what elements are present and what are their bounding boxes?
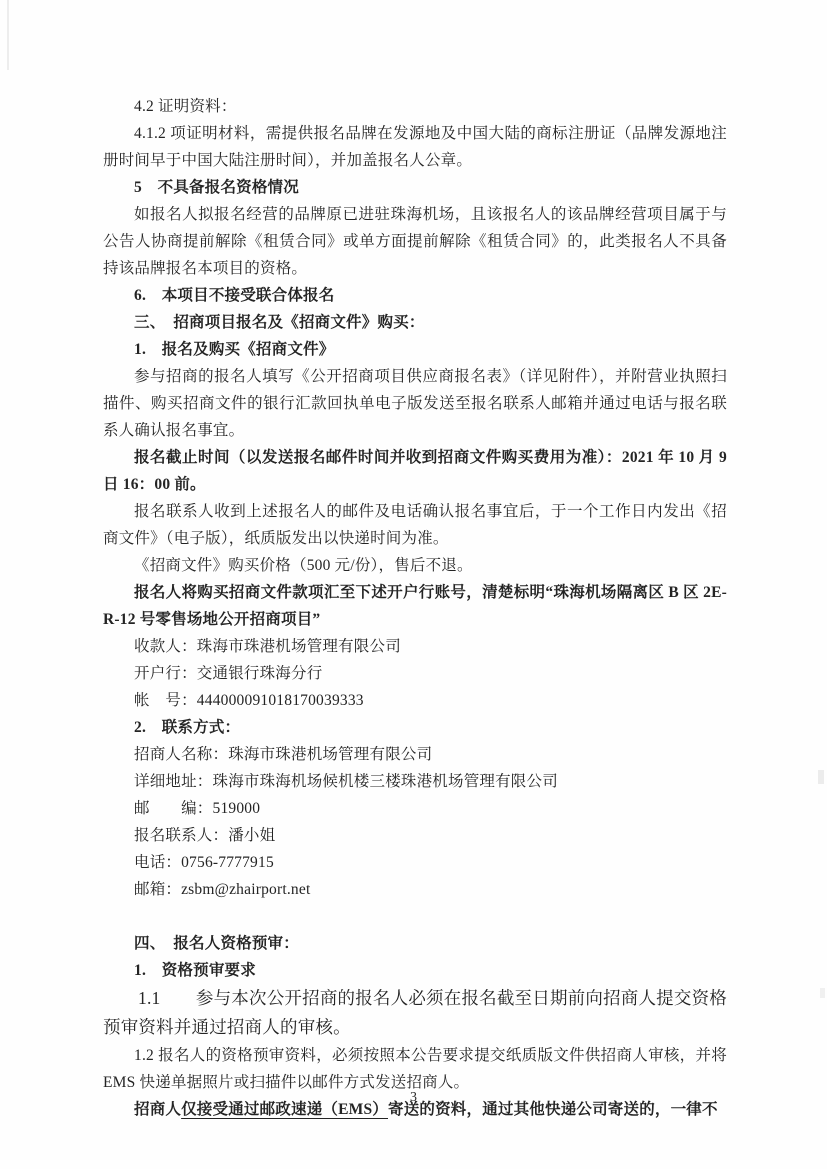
paragraph: 报名截止时间（以发送报名邮件时间并收到招商文件购买费用为准）：2021 年 10… [103, 444, 727, 498]
text-run: 4.2 证明资料： [134, 98, 237, 115]
paragraph: 1. 报名及购买《招商文件》 [103, 336, 727, 363]
paragraph: 1.2 报名人的资格预审资料，必须按照本公告要求提交纸质版文件供招商人审核，并将… [103, 1042, 727, 1096]
paragraph: 《招商文件》购买价格（500 元/份），售后不退。 [103, 552, 727, 579]
scan-artifact [7, 0, 9, 70]
text-run: 报名人将购买招商文件款项汇至下述开户行账号，清楚标明“珠海机场隔离区 B 区 2… [103, 584, 727, 628]
text-run: 报名联系人：潘小姐 [134, 827, 275, 844]
page-number: 3 [0, 1090, 827, 1106]
paragraph: 报名联系人收到上述报名人的邮件及电话确认报名事宜后，于一个工作日内发出《招商文件… [103, 498, 727, 552]
paragraph: 2. 联系方式： [103, 714, 727, 741]
paragraph: 1. 资格预审要求 [103, 957, 727, 984]
paragraph: 1.1 参与本次公开招商的报名人必须在报名截至日期前向招商人提交资格预审资料并通… [103, 984, 727, 1042]
text-run: 帐 号：444000091018170039333 [134, 692, 364, 709]
text-run: 参与招商的报名人填写《公开招商项目供应商报名表》（详见附件），并附营业执照扫描件… [103, 368, 727, 439]
paragraph: 四、 报名人资格预审： [103, 930, 727, 957]
paragraph: 4.2 证明资料： [103, 93, 727, 120]
text-run: 1.1 参与本次公开招商的报名人必须在报名截至日期前向招商人提交资格预审资料并通… [103, 988, 727, 1037]
text-run: 6. 本项目不接受联合体报名 [134, 287, 334, 304]
text-run: 三、 招商项目报名及《招商文件》购买： [134, 314, 425, 331]
text-run: 邮箱：zsbm@zhairport.net [134, 881, 310, 898]
paragraph: 如报名人拟报名经营的品牌原已进驻珠海机场，且该报名人的该品牌经营项目属于与公告人… [103, 201, 727, 282]
text-run: 详细地址：珠海市珠海机场候机楼三楼珠港机场管理有限公司 [134, 773, 558, 790]
paragraph: 参与招商的报名人填写《公开招商项目供应商报名表》（详见附件），并附营业执照扫描件… [103, 363, 727, 444]
paragraph: 5 不具备报名资格情况 [103, 174, 727, 201]
text-run: 4.1.2 项证明材料，需提供报名品牌在发源地及中国大陆的商标注册证（品牌发源地… [103, 125, 727, 169]
scan-artifact [818, 770, 824, 784]
paragraph: 报名人将购买招商文件款项汇至下述开户行账号，清楚标明“珠海机场隔离区 B 区 2… [103, 579, 727, 633]
text-run: 5 不具备报名资格情况 [134, 179, 299, 196]
document-body: 4.2 证明资料：4.1.2 项证明材料，需提供报名品牌在发源地及中国大陆的商标… [103, 93, 727, 1123]
text-run: 招商人名称：珠海市珠港机场管理有限公司 [134, 746, 432, 763]
text-run: 1.2 报名人的资格预审资料，必须按照本公告要求提交纸质版文件供招商人审核，并将… [103, 1047, 727, 1091]
text-run: 开户行：交通银行珠海分行 [134, 665, 322, 682]
text-run: 1. 资格预审要求 [134, 962, 256, 979]
text-run: 四、 报名人资格预审： [134, 935, 299, 952]
text-run: 《招商文件》购买价格（500 元/份），售后不退。 [134, 557, 473, 574]
text-run: 邮 编：519000 [134, 800, 260, 817]
text-run: 2. 联系方式： [134, 719, 240, 736]
text-run: 报名截止时间（以发送报名邮件时间并收到招商文件购买费用为准）：2021 年 10… [103, 449, 727, 493]
paragraph: 详细地址：珠海市珠海机场候机楼三楼珠港机场管理有限公司 [103, 768, 727, 795]
text-run: 如报名人拟报名经营的品牌原已进驻珠海机场，且该报名人的该品牌经营项目属于与公告人… [103, 206, 727, 277]
text-run: 电话：0756-7777915 [134, 854, 274, 871]
document-page: 4.2 证明资料：4.1.2 项证明材料，需提供报名品牌在发源地及中国大陆的商标… [0, 0, 827, 1169]
text-run: 报名联系人收到上述报名人的邮件及电话确认报名事宜后，于一个工作日内发出《招商文件… [103, 503, 727, 547]
scan-artifact [820, 988, 825, 998]
paragraph: 邮箱：zsbm@zhairport.net [103, 876, 727, 903]
paragraph: 收款人：珠海市珠港机场管理有限公司 [103, 633, 727, 660]
paragraph: 三、 招商项目报名及《招商文件》购买： [103, 309, 727, 336]
text-run: 收款人：珠海市珠港机场管理有限公司 [134, 638, 401, 655]
paragraph: 开户行：交通银行珠海分行 [103, 660, 727, 687]
paragraph: 6. 本项目不接受联合体报名 [103, 282, 727, 309]
paragraph: 邮 编：519000 [103, 795, 727, 822]
paragraph: 报名联系人：潘小姐 [103, 822, 727, 849]
text-run: 1. 报名及购买《招商文件》 [134, 341, 334, 358]
paragraph: 帐 号：444000091018170039333 [103, 687, 727, 714]
paragraph: 4.1.2 项证明材料，需提供报名品牌在发源地及中国大陆的商标注册证（品牌发源地… [103, 120, 727, 174]
paragraph: 电话：0756-7777915 [103, 849, 727, 876]
paragraph: 招商人名称：珠海市珠港机场管理有限公司 [103, 741, 727, 768]
